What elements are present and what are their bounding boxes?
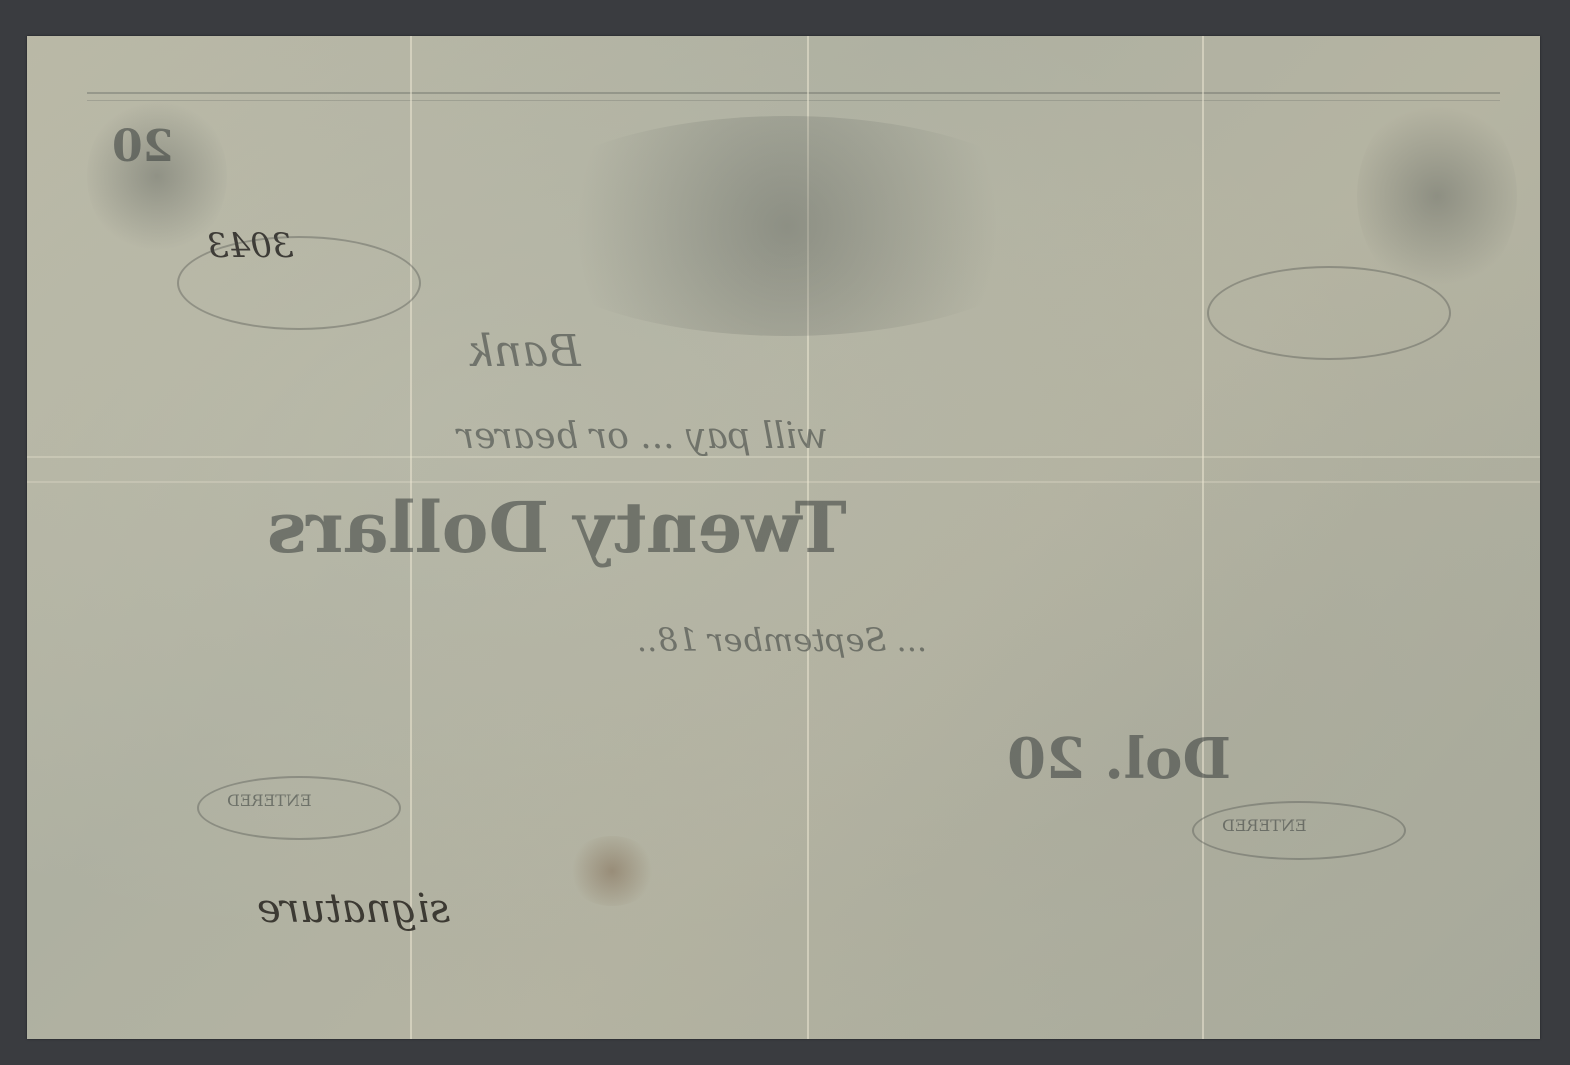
signature: signature — [257, 886, 450, 932]
printed-border — [87, 92, 1500, 101]
amount-figure: Dol. 20 — [1007, 726, 1231, 792]
stamp-left: ENTERED — [227, 791, 312, 810]
denomination-corner: 20 — [112, 121, 173, 172]
promise-line: will pay ... or bearer — [457, 416, 828, 457]
corner-ornament — [87, 96, 227, 256]
corner-ornament — [1357, 96, 1517, 296]
stain — [567, 836, 657, 906]
serial-oval — [177, 236, 421, 330]
fold-crease — [27, 481, 1540, 483]
date-line: ... September 18.. — [637, 621, 927, 659]
serial-oval — [1207, 266, 1451, 360]
bank-name-line: Bank — [467, 326, 581, 377]
vignette-showthrough — [507, 116, 1067, 336]
fold-crease — [1202, 36, 1204, 1039]
amount-words: Twenty Dollars — [267, 486, 847, 569]
banknote-reverse: 20 3043 Bank will pay ... or bearer Twen… — [27, 36, 1540, 1039]
stamp-right: ENTERED — [1222, 816, 1307, 835]
